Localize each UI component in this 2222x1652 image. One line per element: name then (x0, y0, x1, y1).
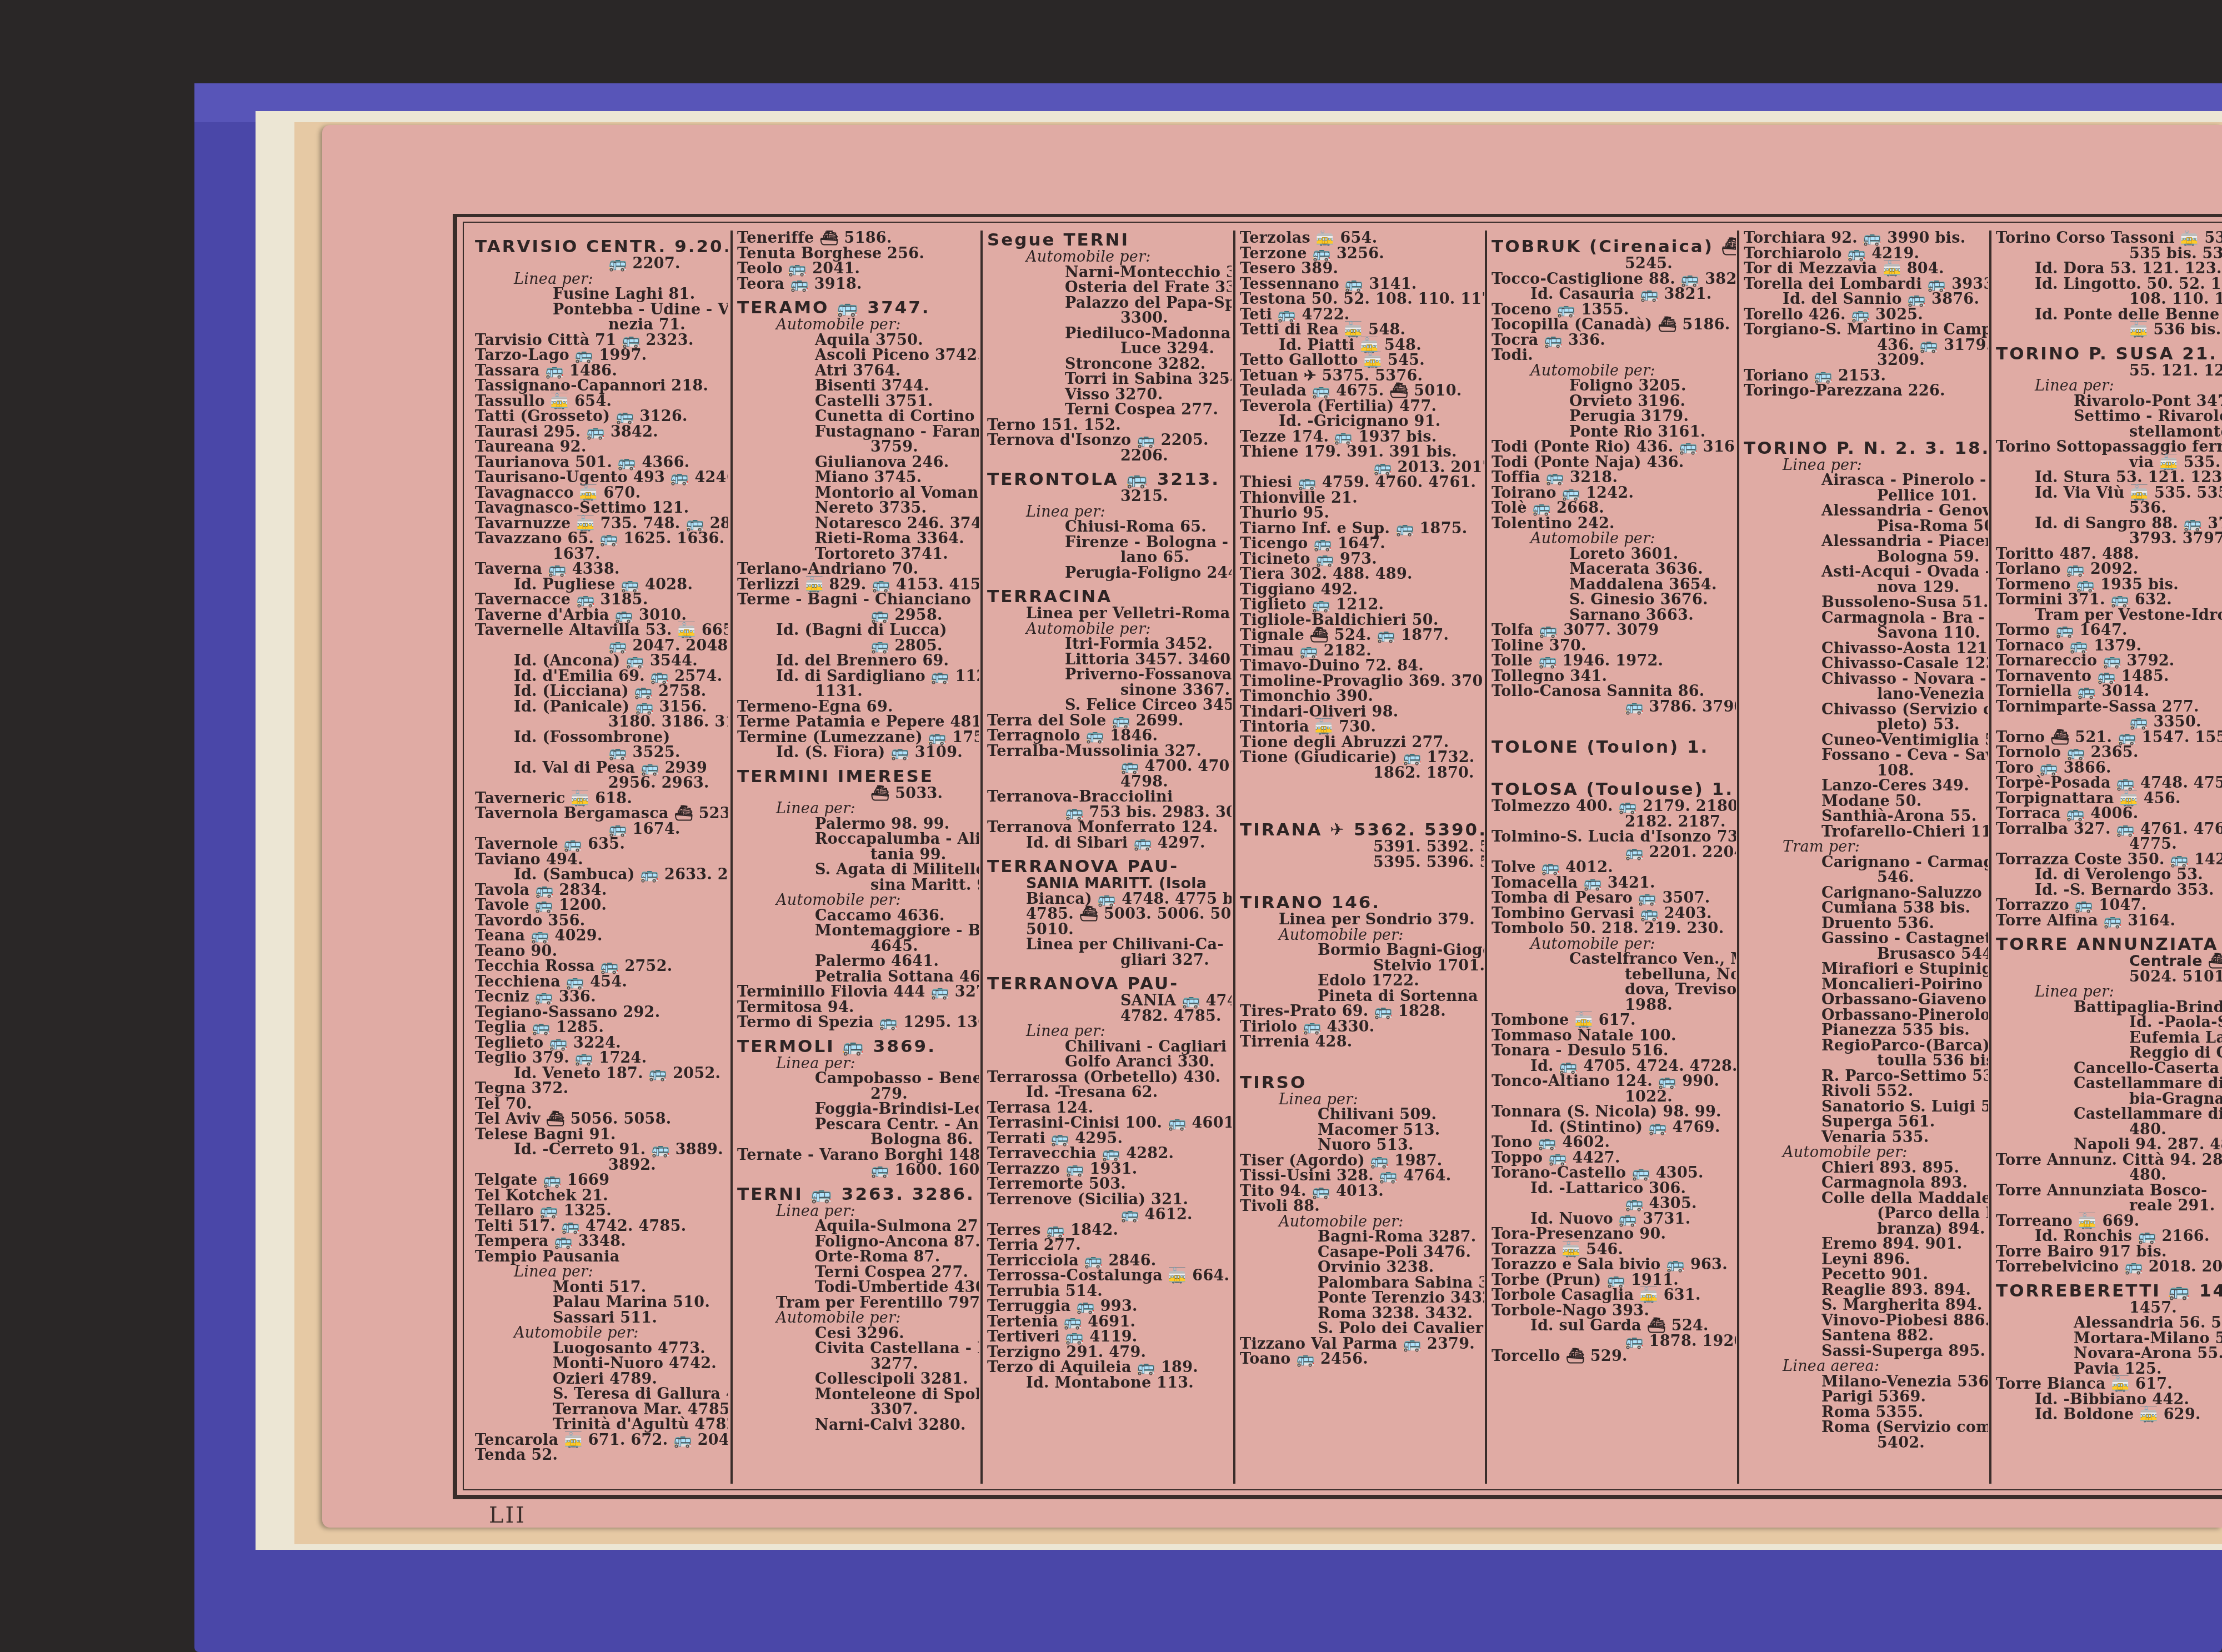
index-entry: 3277. (737, 1356, 979, 1372)
index-entry: 436. 🚌 3179. 3183. (1744, 338, 1988, 353)
index-entry: Tavagnacco 🚋 670. (475, 485, 728, 501)
index-column-2: Teneriffe ⛴ 5186.Tenuta Borghese 256.Teo… (737, 231, 979, 1489)
index-entry: Parigi 5369. (1744, 1389, 1988, 1405)
index-entry: tebelluna, Noale, Pa- (1492, 967, 1736, 983)
index-entry: S. Felice Circeo 3451. (987, 698, 1232, 713)
index-entry: Toriano 🚌 2153. (1744, 368, 1988, 384)
index-entry: Orbassano-Pinerolo 538. (1744, 1008, 1988, 1023)
index-entry: Torbe (Prun) 🚌 1911. (1492, 1273, 1736, 1288)
index-entry: 🚌 3350. (1996, 714, 2222, 730)
index-entry: Terres 🚌 1842. (987, 1223, 1232, 1238)
index-entry: Nereto 3735. (737, 500, 979, 516)
index-entry: Tiglieto 🚌 1212. (1240, 597, 1484, 613)
column-divider (1233, 231, 1235, 1484)
index-entry: Tavazzano 65. 🚌 1625. 1636. (475, 531, 728, 547)
index-entry: Tomacella 🚌 3421. (1492, 875, 1736, 891)
index-entry: Terni Cospea 277. (737, 1265, 979, 1280)
index-entry: Tolmezzo 400. 🚌 2179. 2180. (1492, 799, 1736, 814)
index-entry: Id. Veneto 187. 🚌 2052. (475, 1066, 728, 1082)
index-entry: Tito 94. 🚌 4013. (1240, 1184, 1484, 1199)
index-entry: Bologna 86. (737, 1132, 979, 1148)
index-entry: Torino Sottopassaggio ferro- (1996, 439, 2222, 455)
index-entry: Littoria 3457. 3460. (987, 652, 1232, 668)
index-entry: Foligno 3205. (1492, 378, 1736, 394)
index-entry: Notaresco 246. 3740. (737, 516, 979, 532)
index-entry: Brusasco 544. (1744, 947, 1988, 962)
index-entry: Rivarolo-Pont 347. (1996, 394, 2222, 409)
index-heading: TARVISIO CENTR. 9.20. (475, 237, 728, 256)
index-entry: Id. Piatti 🚋 548. (1240, 338, 1484, 353)
index-entry: Chiusi-Roma 65. (987, 519, 1232, 535)
spacer (1492, 757, 1736, 773)
index-entry: Tornolo 🚌 2365. (1996, 745, 2222, 760)
index-entry: Terrati 🚌 4295. (987, 1131, 1232, 1147)
index-entry: Torre Bairo 917 bis. (1996, 1244, 2222, 1260)
index-entry: Terrenove (Sicilia) 321. (987, 1192, 1232, 1208)
index-entry: Carmagnola 893. (1744, 1175, 1988, 1191)
index-entry: Ticengo 🚌 1647. (1240, 536, 1484, 552)
index-entry: 🚌 4700. 4701. 4721. (987, 759, 1232, 774)
index-entry: Fusine Laghi 81. (475, 287, 728, 302)
index-entry: Tombone 🚋 617. (1492, 1013, 1736, 1028)
index-entry: Tel Aviv ⛴ 5056. 5058. (475, 1112, 728, 1127)
index-entry: pleto) 53. (1744, 717, 1988, 733)
index-entry: Orvinio 3238. (1240, 1260, 1484, 1275)
index-entry: Tertenia 🚌 4691. (987, 1314, 1232, 1330)
index-entry: Bussoleno-Susa 51. (1744, 595, 1988, 610)
index-entry: 🚌 2013. 2017. 2039. (1240, 460, 1484, 475)
index-entry: Tenuta Borghese 256. (737, 246, 979, 262)
index-entry: Santena 882. (1744, 1328, 1988, 1344)
index-entry: Termitosa 94. (737, 1000, 979, 1015)
index-entry: Linea per: (1240, 1092, 1484, 1108)
index-entry: 1988. (1492, 998, 1736, 1013)
index-entry: Teana 🚌 4029. (475, 928, 728, 944)
index-entry: Tezze 174. 🚌 1937 bis. (1240, 429, 1484, 445)
index-entry: 🚌 1600. 1603. (737, 1163, 979, 1178)
index-entry: Testona 50. 52. 108. 110. 117. (1240, 292, 1484, 307)
index-column-4: Terzolas 🚋 654.Terzone 🚌 3256.Tesero 389… (1240, 231, 1484, 1489)
index-entry: sinone 3367. (987, 683, 1232, 698)
index-entry: 5402. (1744, 1435, 1988, 1451)
index-entry: Id. Dora 53. 121. 123. 347 (1996, 261, 2222, 277)
index-heading: TIRANO 146. (1240, 893, 1484, 912)
index-entry: Id. del Brennero 69. (737, 653, 979, 669)
index-entry: Sassi-Superga 895. (1744, 1344, 1988, 1359)
index-entry: Tetuan ✈ 5375. 5376. (1240, 368, 1484, 384)
page-number: LII (489, 1503, 526, 1528)
index-entry: Tor di Mezzavia 🚋 804. (1744, 261, 1988, 277)
index-entry: Rivoli 552. (1744, 1084, 1988, 1099)
index-entry: Luogosanto 4773. (475, 1341, 728, 1356)
index-entry: Eremo 894. 901. (1744, 1237, 1988, 1252)
index-entry: Tiggiano 492. (1240, 582, 1484, 598)
index-entry: Priverno-Fossanova-Fro- (987, 667, 1232, 683)
index-entry: Terlizzi 🚋 829. 🚌 4153. 4155. (737, 577, 979, 593)
index-entry: 3180. 3186. 3188. (475, 714, 728, 730)
index-entry: dova, Treviso, Vicenza (1492, 982, 1736, 998)
index-entry: 4798. (987, 774, 1232, 790)
index-entry: 3215. (987, 489, 1232, 504)
index-entry: Cunetta di Cortino 3729. (737, 409, 979, 424)
index-entry: Telese Bagni 91. (475, 1127, 728, 1143)
index-entry: Tetti di Rea 🚋 548. (1240, 322, 1484, 338)
index-heading: TERONTOLA 🚌 3213. (987, 470, 1232, 489)
index-heading: TIRSO (1240, 1073, 1484, 1092)
index-entry: Torre Annunz. Città 94. 287. (1996, 1153, 2222, 1168)
index-entry: Tione degli Abruzzi 277. (1240, 735, 1484, 750)
index-entry: Id. Pugliese 🚌 4028. (475, 577, 728, 593)
index-entry: Linea per Chilivani-Ca- (987, 937, 1232, 953)
index-entry: Id. del Sannio 🚌 3876. (1744, 292, 1988, 307)
index-entry: Id. Boldone 🚋 629. (1996, 1407, 2222, 1423)
index-entry: Tassara 🚌 1486. (475, 363, 728, 379)
page-frame: TARVISIO CENTR. 9.20.🚌 2207.Linea per:Fu… (453, 214, 2222, 1499)
index-entry: Collescipoli 3281. (737, 1371, 979, 1387)
index-entry: Automobile per: (1744, 1145, 1988, 1160)
index-entry: Toritto 487. 488. (1996, 547, 2222, 562)
index-entry: Torgiano-S. Martino in Campo (1744, 322, 1988, 338)
index-entry: Luce 3294. (987, 341, 1232, 357)
index-entry: Terra del Sole 🚌 2699. (987, 713, 1232, 729)
index-entry: Toirano 🚌 1242. (1492, 485, 1736, 501)
index-entry: Timonchio 390. (1240, 689, 1484, 704)
index-entry: Torchiara 92. 🚌 3990 bis. (1744, 231, 1988, 246)
index-entry: Perugia 3179. (1492, 409, 1736, 424)
index-entry: Torpè-Posada 🚌 4748. 4751 (1996, 775, 2222, 791)
index-entry: Tizzano Val Parma 🚌 2379. (1240, 1336, 1484, 1352)
index-entry: Tombino Gervasi 🚌 2403. (1492, 906, 1736, 922)
index-entry: Tombolo 50. 218. 219. 230. (1492, 921, 1736, 937)
index-entry: Narni-Calvi 3280. (737, 1418, 979, 1433)
index-entry: 5245. (1492, 256, 1736, 272)
index-heading: TERRANOVA PAU- (987, 974, 1232, 993)
index-entry: Colle della Maddalena (1744, 1191, 1988, 1207)
index-entry: Id. Ponte delle Benne (1996, 307, 2222, 323)
index-entry: Terlano-Andriano 70. (737, 562, 979, 577)
index-entry: 🚌 753 bis. 2983. 3013. (987, 805, 1232, 820)
index-entry: Tertiveri 🚌 4119. (987, 1329, 1232, 1345)
index-entry: Terrubia 514. (987, 1284, 1232, 1299)
index-entry: Ozieri 4789. (475, 1371, 728, 1387)
index-entry: Taverne d'Arbia 🚌 3010. (475, 608, 728, 623)
index-entry: 1022. (1492, 1089, 1736, 1105)
index-entry: Tarzo-Lago 🚌 1997. (475, 348, 728, 363)
index-heading: TERRACINA (987, 587, 1232, 606)
index-entry: 2956. 2963. (475, 775, 728, 791)
index-entry: Linea per: (1996, 378, 2222, 394)
index-entry: Tavernole 🚌 635. (475, 837, 728, 852)
index-entry: Linea per: (737, 801, 979, 817)
index-entry: Torreano 🚋 669. (1996, 1214, 2222, 1229)
index-entry: Novara-Arona 55. (1996, 1346, 2222, 1361)
index-entry: Terme - Bagni - Chianciano (737, 592, 979, 608)
column-divider (1485, 231, 1487, 1484)
index-entry: Vinovo-Piobesi 886. (1744, 1313, 1988, 1329)
index-entry: Sassari 511. (475, 1310, 728, 1326)
index-entry: Aquila-Sulmona 277. (737, 1219, 979, 1234)
index-entry: Osteria del Frate 3338. (987, 280, 1232, 296)
index-entry: Terminillo Filovia 444 🚌 3273 (737, 984, 979, 1000)
index-entry: Toffia 🚌 3218. (1492, 470, 1736, 485)
index-entry: Tirrenia 428. (1240, 1034, 1484, 1050)
index-entry: Tormini 371. 🚌 632. (1996, 592, 2222, 608)
index-entry: Modane 50. (1744, 794, 1988, 809)
index-entry: Terralba-Mussolinia 327. (987, 744, 1232, 759)
column-divider (1989, 231, 1991, 1484)
index-entry: Taurianova 501. 🚌 4366. (475, 455, 728, 470)
index-entry: Terrazzo 🚌 1931. (987, 1162, 1232, 1177)
index-entry: Tel 70. (475, 1097, 728, 1112)
index-heading: TORINO P. N. 2. 3. 18. 21. (1744, 439, 1988, 458)
index-entry: Thiesi 🚌 4759. 4760. 4761. (1240, 475, 1484, 490)
index-entry: Tommaso Natale 100. (1492, 1028, 1736, 1044)
index-entry: Linea per: (475, 1264, 728, 1280)
index-entry: Tomba di Pesaro 🚌 3507. (1492, 890, 1736, 906)
index-entry: Tornimparte-Sassa 277. (1996, 699, 2222, 715)
index-entry: Tellaro 🚌 1325. (475, 1203, 728, 1219)
index-column-7: Torino Corso Tassoni 🚋 535.535 bis. 536.… (1996, 231, 2222, 1489)
index-entry: Id. di Sangro 88. 🚌 3790 bis (1996, 516, 2222, 532)
index-entry: Linea per Sondrio 379. (1240, 912, 1484, 928)
index-entry: Tollo-Canosa Sannita 86. (1492, 684, 1736, 699)
index-entry: Id. (Stintino) 🚌 4769. (1492, 1120, 1736, 1135)
index-column-5: TOBRUK (Cirenaica) ⛴ 50285245.Tocco-Cast… (1492, 231, 1736, 1489)
index-entry: Torraca 🚌 4006. (1996, 806, 2222, 822)
index-entry: Pisa-Roma 50. (1744, 519, 1988, 534)
index-entry: 🚌 2207. (475, 256, 728, 272)
column-divider (980, 231, 983, 1484)
index-entry: Tassignano-Capannori 218. (475, 378, 728, 394)
index-entry: (Parco della Rimem- (1744, 1206, 1988, 1222)
index-entry: Torrebelvicino 🚌 2018. 2019. (1996, 1259, 2222, 1275)
index-entry: Bianca) 🚌 4748. 4775 bis. (987, 892, 1232, 907)
index-entry: Terricciola 🚌 2846. (987, 1253, 1232, 1269)
index-entry: Tiera 302. 488. 489. (1240, 567, 1484, 582)
index-entry: Automobile per: (987, 249, 1232, 265)
index-entry: Tenda 52. (475, 1448, 728, 1463)
index-entry: Aquila 3750. (737, 333, 979, 348)
index-entry: S. Ginesio 3676. (1492, 592, 1736, 608)
index-entry: Linea per: (475, 272, 728, 287)
index-entry: Id. Casauria 🚌 3821. (1492, 287, 1736, 302)
index-entry: 🚌 2958. (737, 608, 979, 623)
index-entry: Linea per: (987, 1024, 1232, 1039)
index-entry: Macerata 3636. (1492, 562, 1736, 577)
index-entry: Tornareccio 🚌 3792. (1996, 653, 2222, 669)
index-entry: Tolle 🚌 1946. 1972. (1492, 653, 1736, 669)
index-entry: Tolve 🚌 4012. (1492, 860, 1736, 875)
index-entry: Automobile per: (737, 1310, 979, 1326)
index-entry: Perugia-Foligno 244. (987, 565, 1232, 581)
index-entry: 🚌 2201. 2204. (1492, 845, 1736, 860)
index-entry: Tocco-Castiglione 88. 🚌 3821. (1492, 272, 1736, 287)
index-entry: Golfo Aranci 330. (987, 1054, 1232, 1070)
index-entry: Tel Kotchek 21. (475, 1188, 728, 1204)
index-entry: Orte-Roma 87. (737, 1249, 979, 1265)
index-entry: 4645. (737, 939, 979, 954)
index-entry: SANIA 🚌 4745. 4748. (987, 993, 1232, 1009)
index-entry: Id. -Paola-Santa (1996, 1015, 2222, 1030)
index-entry: Automobile per: (1492, 363, 1736, 379)
index-entry: Torbole-Nago 393. (1492, 1303, 1736, 1319)
index-entry: Termo di Spezia 🚌 1295. 1300 (737, 1015, 979, 1030)
index-entry: Tavarnuzze 🚋 735. 748. 🚌 2885 (475, 516, 728, 532)
index-entry: 🚌 4612. (987, 1207, 1232, 1223)
index-entry: Roma 5355. (1744, 1405, 1988, 1420)
index-entry: Maddalena 3654. (1492, 577, 1736, 593)
index-entry: Automobile per: (1492, 937, 1736, 952)
index-entry: Castelli 3751. (737, 394, 979, 409)
index-entry: Tavernacce 🚌 3185. (475, 592, 728, 608)
index-entry: Asti-Acqui - Ovada - Ge- (1744, 564, 1988, 580)
index-entry: Cancello-Caserta 291. (1996, 1061, 2222, 1077)
index-entry: Taverneric 🚋 618. (475, 791, 728, 807)
index-entry: Terrasini-Cinisi 100. 🚌 4601. (987, 1115, 1232, 1131)
index-entry: Stelvio 1701. (1240, 958, 1484, 974)
index-entry: Id. (Bagni di Lucca) (737, 623, 979, 638)
index-entry: Id. di Sardigliano 🚌 1120. (737, 669, 979, 684)
index-entry: Foligno-Ancona 87. (737, 1234, 979, 1250)
index-entry: Giulianova 246. (737, 455, 979, 470)
index-entry: Tram per Vestone-Idro 634. (1996, 608, 2222, 623)
index-entry: Timoline-Provaglio 369. 370. (1240, 674, 1484, 689)
index-entry: Savona 110. (1744, 625, 1988, 641)
index-entry: Terzo di Aquileia 🚌 189. (987, 1360, 1232, 1375)
index-entry: Tignale ⛴ 524. 🚌 1877. (1240, 628, 1484, 643)
spacer (1240, 1050, 1484, 1067)
index-entry: Castelfranco Ven., Mon- (1492, 952, 1736, 967)
index-heading: TERMOLI 🚌 3869. (737, 1037, 979, 1056)
index-entry: Toro 🚌 3866. (1996, 760, 2222, 776)
index-entry: Tivoli 88. (1240, 1199, 1484, 1214)
index-entry: Teora 🚌 3918. (737, 277, 979, 292)
index-entry: Sarnano 3663. (1492, 608, 1736, 623)
index-entry: Tocopilla (Canadà) ⛴ 5186. (1492, 317, 1736, 333)
index-entry: Ascoli Piceno 3742. (737, 348, 979, 363)
index-entry: Terme Patamia e Pepere 481. (737, 714, 979, 730)
index-entry: Campobasso - Benevento (737, 1071, 979, 1087)
index-entry: Id. di Sibari 🚌 4297. (987, 835, 1232, 851)
index-entry: branza) 894. (1744, 1222, 1988, 1237)
index-entry: Taurisano-Ugento 493 🚌 4246 (475, 470, 728, 485)
index-entry: 5391. 5392. 5393. 5394. (1240, 839, 1484, 855)
index-entry: 3759. (737, 439, 979, 455)
index-entry: Petralia Sottana 4641. (737, 969, 979, 985)
index-entry: Torino Corso Tassoni 🚋 535. (1996, 231, 2222, 246)
index-entry: 🚌 1674. (475, 822, 728, 837)
index-entry: Tavernelle Altavilla 53. 🚋 665 (475, 623, 728, 638)
index-entry: Ticineto 🚌 973. (1240, 552, 1484, 567)
index-entry: Lanzo-Ceres 349. (1744, 778, 1988, 794)
index-entry: Tintoria 🚋 730. (1240, 719, 1484, 735)
index-entry: Moncalieri-Poirino 543. (1744, 977, 1988, 993)
index-entry: Id. -Lattarico 306. (1492, 1181, 1736, 1197)
index-entry: Teglio 379. 🚌 1724. (475, 1050, 728, 1066)
index-entry: Toppo 🚌 4427. (1492, 1150, 1736, 1166)
index-entry: Id. Val di Pesa 🚌 2939 (475, 760, 728, 776)
spacer (1240, 870, 1484, 887)
index-entry: S. Margherita 894. (1744, 1298, 1988, 1313)
index-entry: Tora-Presenzano 90. (1492, 1227, 1736, 1242)
index-entry: Terrarossa (Orbetello) 430. (987, 1070, 1232, 1085)
index-entry: 🚌 3786. 3790. 3796. (1492, 699, 1736, 715)
index-entry: RegioParco-(Barca)-Ber- (1744, 1038, 1988, 1054)
index-entry: Trofarello-Chieri 117. (1744, 824, 1988, 840)
index-entry: Id. Ronchis 🚌 2166. (1996, 1229, 2222, 1244)
index-entry: 4782. 4785. (987, 1009, 1232, 1024)
index-entry: Tavordo 356. (475, 913, 728, 929)
index-entry: 536. (1996, 500, 2222, 516)
index-entry: Casape-Poli 3476. (1240, 1245, 1484, 1260)
index-entry: Torella dei Lombardi 🚌 3933 (1744, 277, 1988, 292)
index-heading: TOBRUK (Cirenaica) ⛴ 5028 (1492, 237, 1736, 256)
index-entry: Miano 3745. (737, 470, 979, 485)
index-entry: Leyni 896. (1744, 1252, 1988, 1268)
index-entry: Tione (Giudicarie) 🚌 1732. (1240, 750, 1484, 765)
index-entry: 3793. 3797. 3806. (1996, 531, 2222, 547)
index-entry: S. Agata di Militello-Mes- (737, 862, 979, 878)
index-entry: sina Maritt. 98. (737, 878, 979, 893)
index-entry: Pavia 125. (1996, 1361, 2222, 1377)
index-entry: Id. sul Garda ⛴ 524. (1492, 1318, 1736, 1334)
index-entry: S. Polo dei Cavalieri 3228. (1240, 1321, 1484, 1336)
index-entry: Tesero 389. (1240, 261, 1484, 277)
index-entry: Id. di Verolengo 53. (1996, 867, 2222, 883)
index-entry: Linea aerea: (1744, 1359, 1988, 1374)
spacer (1240, 780, 1484, 797)
index-entry: Teti 🚌 4722. (1240, 307, 1484, 323)
index-entry: Tocra 🚌 336. (1492, 333, 1736, 348)
index-entry: 1131. (737, 684, 979, 699)
index-entry: Id. -Tresana 62. (987, 1085, 1232, 1100)
index-entry: bia-Gragnano 287. (1996, 1092, 2222, 1107)
index-entry: Toceno 🚌 1355. (1492, 302, 1736, 318)
column-divider (730, 231, 733, 1484)
index-entry: Venaria 535. (1744, 1130, 1988, 1145)
index-heading: TOLONE (Toulon) 1. (1492, 738, 1736, 757)
index-entry: Macomer 513. (1240, 1123, 1484, 1138)
index-entry: Torpignattara 🚋 456. (1996, 791, 2222, 807)
index-heading: TORRE ANNUNZIATA (1996, 935, 2222, 954)
spacer (1240, 797, 1484, 814)
index-entry: SANIA MARITT. (Isola (987, 876, 1232, 892)
index-entry: Tatti (Grosseto) 🚌 3126. (475, 409, 728, 424)
index-entry: Torello 426. 🚌 3025. (1744, 307, 1988, 323)
index-entry: Torazza 🚋 546. (1492, 1242, 1736, 1258)
index-entry: Id. -Bibbiano 442. (1996, 1392, 2222, 1408)
index-entry: Automobile per: (737, 317, 979, 333)
index-entry: Id. (Fossombrone) (475, 730, 728, 745)
index-entry: Thiene 179. 391. 391 bis. (1240, 444, 1484, 460)
index-entry: Terzone 🚌 3256. (1240, 246, 1484, 262)
index-entry: Terruggia 🚌 993. (987, 1299, 1232, 1314)
index-entry: Torchiarolo 🚌 4219. (1744, 246, 1988, 262)
index-entry: Terragnolo 🚌 1846. (987, 728, 1232, 744)
index-entry: Pianezza 535 bis. (1744, 1023, 1988, 1038)
index-entry: Terranova Mar. 4785. (475, 1402, 728, 1418)
index-entry: Fustagnano - Faranesi (737, 424, 979, 440)
index-entry: Terzigno 291. 479. (987, 1345, 1232, 1360)
index-entry: Tegiano-Sassano 292. (475, 1005, 728, 1020)
index-entry: Monti-Nuoro 4742. (475, 1356, 728, 1371)
index-entry: Terria 277. (987, 1238, 1232, 1253)
index-entry: 1637. (475, 547, 728, 562)
index-heading: TORINO P. SUSA 21. 53. (1996, 344, 2222, 363)
index-entry: Reaglie 893. 894. (1744, 1283, 1988, 1298)
index-entry: ⛴ 5033. (737, 786, 979, 802)
index-entry: Orvieto 3196. (1492, 394, 1736, 409)
